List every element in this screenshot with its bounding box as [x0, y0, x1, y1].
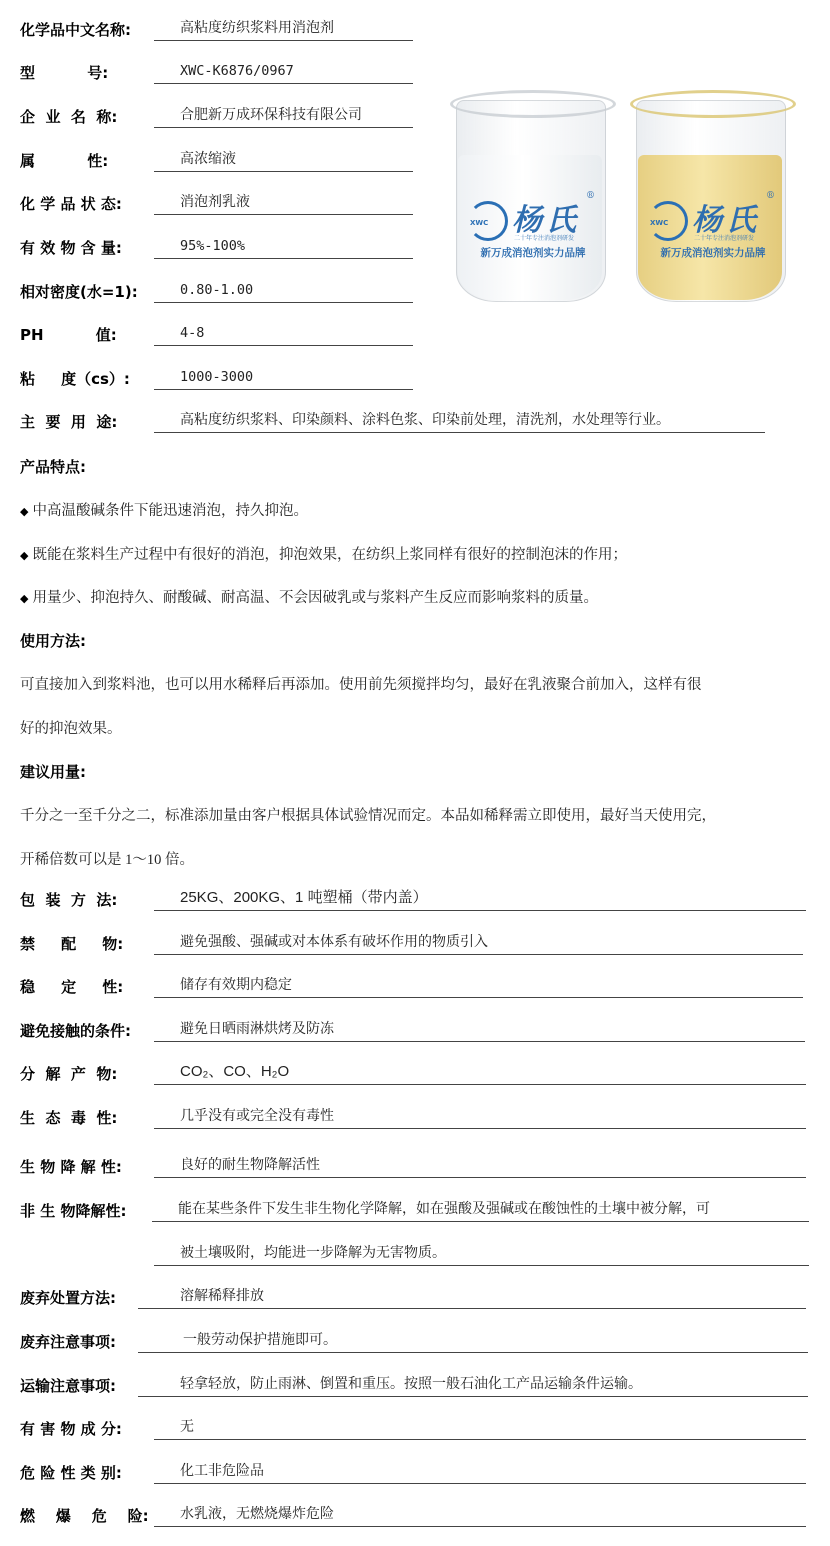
field-label: 型 号:	[20, 63, 108, 83]
field-label: 生 态 毒 性:	[20, 1108, 117, 1128]
field-value: CO₂、CO、H₂O	[180, 1062, 289, 1082]
dosage-line: 千分之一至千分之二，标准添加量由客户根据具体试验情况而定。本品如稀释需立即使用，…	[20, 804, 716, 825]
field-label: 运输注意事项:	[20, 1376, 116, 1396]
field-value: 0.80-1.00	[180, 280, 253, 300]
field-label: 粘 度（cs）:	[20, 369, 130, 389]
field-label: 属 性:	[20, 151, 108, 171]
field-value: 25KG、200KG、1 吨塑桶（带内盖）	[180, 888, 428, 908]
field-value: 被土壤吸附，均能进一步降解为无害物质。	[180, 1243, 446, 1263]
usage-line: 可直接加入到浆料池，也可以用水稀释后再添加。使用前先须搅拌均匀，最好在乳液聚合前…	[20, 673, 702, 694]
field-label: 包 装 方 法:	[20, 890, 117, 910]
field-label: 企 业 名 称:	[20, 107, 117, 127]
field-label: 禁 配 物:	[20, 934, 123, 954]
field-label: 生 物 降 解 性:	[20, 1157, 122, 1177]
diamond-bullet-icon: ◆	[20, 506, 28, 518]
field-label: 稳 定 性:	[20, 977, 123, 997]
brand-logo: XWC 杨氏 ® 二十年专注消泡剂研发 新万成消泡剂实力品牌	[468, 195, 598, 265]
dosage-line: 开稀倍数可以是 1～10 倍。	[20, 848, 194, 869]
field-value: 避免日晒雨淋烘烤及防冻	[180, 1019, 334, 1039]
field-value: 几乎没有或完全没有毒性	[180, 1106, 334, 1126]
registered-icon: ®	[766, 191, 775, 201]
field-value: 良好的耐生物降解活性	[180, 1155, 320, 1175]
feature-item: ◆中高温酸碱条件下能迅速消泡，持久抑泡。	[20, 499, 308, 520]
field-label: 分 解 产 物:	[20, 1064, 117, 1084]
field-value: 无	[180, 1417, 194, 1437]
field-value: 消泡剂乳液	[180, 192, 250, 212]
field-label: 相对密度(水=1):	[20, 282, 138, 302]
field-label: PH 值:	[20, 325, 117, 345]
field-value: 一般劳动保护措施即可。	[183, 1330, 337, 1350]
field-label: 废弃处置方法:	[20, 1288, 116, 1308]
field-value: XWC-K6876/0967	[180, 61, 294, 81]
field-value: 储存有效期内稳定	[180, 975, 292, 995]
field-value: 溶解稀释排放	[180, 1286, 264, 1306]
field-label: 有 害 物 成 分:	[20, 1419, 122, 1439]
field-value: 高粘度纺织浆料用消泡剂	[180, 18, 334, 38]
brand-logo: XWC 杨氏 ® 二十年专注消泡剂研发 新万成消泡剂实力品牌	[648, 195, 778, 265]
field-value: 1000-3000	[180, 367, 253, 387]
beaker-yellow: XWC 杨氏 ® 二十年专注消泡剂研发 新万成消泡剂实力品牌	[630, 80, 790, 310]
field-label: 有 效 物 含 量:	[20, 238, 122, 258]
field-label: 化学品中文名称:	[20, 20, 131, 40]
field-value: 高浓缩液	[180, 149, 236, 169]
field-label: 主 要 用 途:	[20, 412, 117, 432]
field-label: 废弃注意事项:	[20, 1332, 116, 1352]
usage-heading: 使用方法:	[20, 630, 86, 651]
field-label: 非 生 物降解性:	[20, 1201, 126, 1221]
field-value: 95%-100%	[180, 236, 245, 256]
registered-icon: ®	[586, 191, 595, 201]
field-value: 高粘度纺织浆料、印染颜料、涂料色浆、印染前处理，清洗剂，水处理等行业。	[180, 410, 670, 430]
beaker-white: XWC 杨氏 ® 二十年专注消泡剂研发 新万成消泡剂实力品牌	[450, 80, 610, 310]
field-label: 危 险 性 类 别:	[20, 1463, 122, 1483]
product-image: XWC 杨氏 ® 二十年专注消泡剂研发 新万成消泡剂实力品牌 XWC 杨氏 ® …	[450, 70, 810, 320]
usage-line: 好的抑泡效果。	[20, 717, 122, 738]
field-value: 合肥新万成环保科技有限公司	[180, 105, 362, 125]
field-value: 避免强酸、强碱或对本体系有破坏作用的物质引入	[180, 932, 488, 952]
field-label: 化 学 品 状 态:	[20, 194, 122, 214]
field-value: 4-8	[180, 323, 204, 343]
field-label: 燃 爆 危 险:	[20, 1506, 149, 1526]
diamond-bullet-icon: ◆	[20, 550, 28, 562]
features-heading: 产品特点:	[20, 456, 86, 477]
field-value: 水乳液，无燃烧爆炸危险	[180, 1504, 334, 1524]
diamond-bullet-icon: ◆	[20, 593, 28, 605]
feature-item: ◆用量少、抑泡持久、耐酸碱、耐高温、不会因破乳或与浆料产生反应而影响浆料的质量。	[20, 586, 598, 607]
field-value: 轻拿轻放，防止雨淋、倒置和重压。按照一般石油化工产品运输条件运输。	[180, 1374, 642, 1394]
feature-item: ◆既能在浆料生产过程中有很好的消泡，抑泡效果，在纺织上浆同样有很好的控制泡沫的作…	[20, 543, 627, 564]
field-value: 能在某些条件下发生非生物化学降解，如在强酸及强碱或在酸蚀性的土壤中被分解，可	[178, 1199, 710, 1219]
dosage-heading: 建议用量:	[20, 761, 86, 782]
field-value: 化工非危险品	[180, 1461, 264, 1481]
field-label: 避免接触的条件:	[20, 1021, 131, 1041]
